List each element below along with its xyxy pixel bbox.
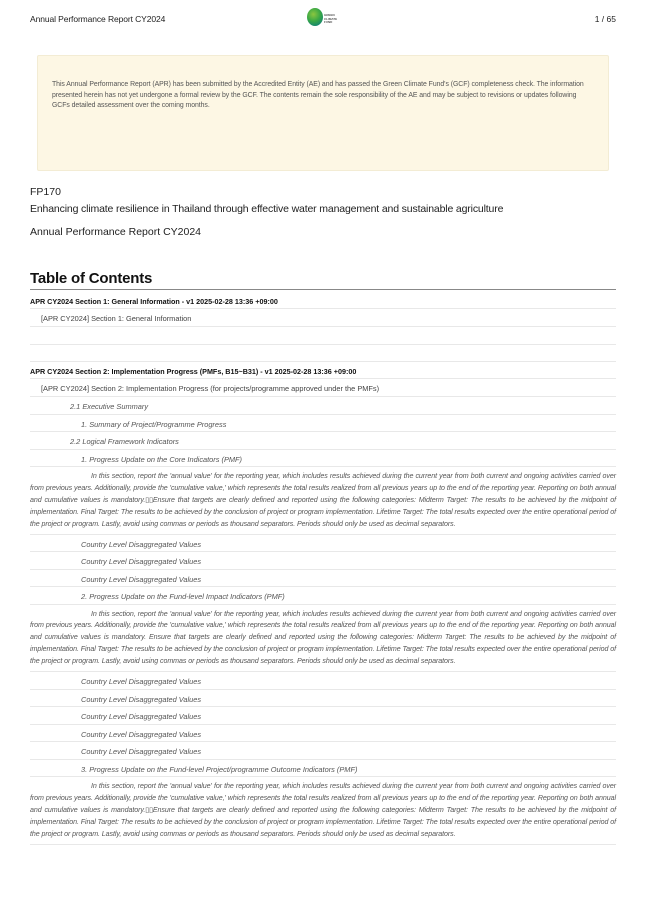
project-title: Enhancing climate resilience in Thailand… <box>30 203 503 215</box>
toc-entry[interactable]: Country Level Disaggregated Values <box>30 690 616 708</box>
logo-text: GREEN CLIMATE FUND <box>324 14 337 25</box>
toc-entry[interactable]: 2. Progress Update on the Fund-level Imp… <box>30 587 616 605</box>
toc-heading: Table of Contents <box>30 270 616 290</box>
toc-entry[interactable]: Country Level Disaggregated Values <box>30 742 616 760</box>
disclaimer-text: This Annual Performance Report (APR) has… <box>52 80 594 112</box>
logo-globe-icon <box>307 8 323 26</box>
toc-entry[interactable]: Country Level Disaggregated Values <box>30 672 616 690</box>
toc-entry[interactable]: Country Level Disaggregated Values <box>30 707 616 725</box>
toc-blank-row <box>30 345 616 363</box>
toc-entry[interactable]: 2.2 Logical Framework Indicators <box>30 432 616 450</box>
toc-blank-row <box>30 327 616 345</box>
table-of-contents: APR CY2024 Section 1: General Informatio… <box>30 292 616 845</box>
green-climate-fund-logo-icon: GREEN CLIMATE FUND <box>307 8 343 28</box>
toc-entry[interactable]: 2.1 Executive Summary <box>30 397 616 415</box>
toc-entry[interactable]: 1. Summary of Project/Programme Progress <box>30 415 616 433</box>
toc-entry[interactable]: 1. Progress Update on the Core Indicator… <box>30 450 616 468</box>
toc-instruction-text: In this section, report the 'annual valu… <box>30 467 616 535</box>
running-title: Annual Performance Report CY2024 <box>30 14 165 24</box>
page-indicator: 1 / 65 <box>595 14 616 24</box>
toc-entry[interactable]: 3. Progress Update on the Fund-level Pro… <box>30 760 616 778</box>
toc-entry[interactable]: Country Level Disaggregated Values <box>30 725 616 743</box>
toc-section-entry[interactable]: APR CY2024 Section 1: General Informatio… <box>30 292 616 309</box>
toc-entry[interactable]: Country Level Disaggregated Values <box>30 552 616 570</box>
toc-entry[interactable]: [APR CY2024] Section 2: Implementation P… <box>30 379 616 397</box>
toc-section-entry[interactable]: APR CY2024 Section 2: Implementation Pro… <box>30 362 616 379</box>
toc-entry[interactable]: Country Level Disaggregated Values <box>30 570 616 588</box>
page-header: Annual Performance Report CY2024 GREEN C… <box>0 0 646 40</box>
project-code: FP170 <box>30 186 61 198</box>
toc-instruction-text: In this section, report the 'annual valu… <box>30 605 616 673</box>
disclaimer-notice: This Annual Performance Report (APR) has… <box>37 55 609 171</box>
toc-instruction-text: In this section, report the 'annual valu… <box>30 777 616 845</box>
toc-entry[interactable]: Country Level Disaggregated Values <box>30 535 616 553</box>
report-title: Annual Performance Report CY2024 <box>30 226 201 238</box>
toc-entry[interactable]: [APR CY2024] Section 1: General Informat… <box>30 309 616 327</box>
